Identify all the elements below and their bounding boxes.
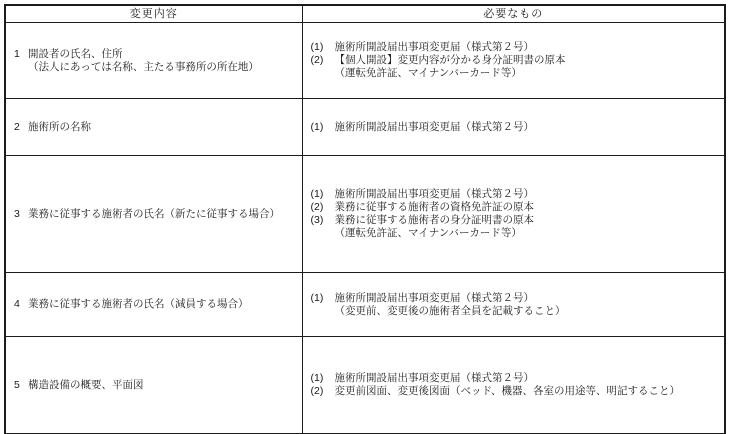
item-marker: (1): [311, 188, 335, 201]
item-text: 施術所開設届出事項変更届（様式第２号）: [335, 292, 721, 305]
item-marker: (1): [311, 292, 335, 305]
change-line: 開設者の氏名、住所: [28, 48, 298, 61]
required-cell: (1) 施術所開設届出事項変更届（様式第２号） (2) 【個人開設】変更内容が分…: [302, 23, 725, 99]
required-item: (2) 【個人開設】変更内容が分かる身分証明書の原本: [311, 54, 721, 67]
change-line: （法人にあっては名称、主たる事務所の所在地）: [28, 61, 298, 74]
change-cell: 5 構造設備の概要、平面図: [5, 337, 302, 434]
document-page: 変更内容 必要なもの 1 開設者の氏名、住所 （法人にあっては名称、主たる事務所…: [0, 0, 730, 434]
change-line: 施術所の名称: [28, 121, 298, 134]
row-number: 3: [14, 208, 28, 221]
required-item: (1) 施術所開設届出事項変更届（様式第２号）: [311, 188, 721, 201]
item-marker: (2): [311, 201, 335, 214]
table-row: 2 施術所の名称 (1) 施術所開設届出事項変更届（様式第２号）: [5, 99, 725, 156]
item-text: 【個人開設】変更内容が分かる身分証明書の原本: [335, 54, 721, 67]
change-requirements-table: 変更内容 必要なもの 1 開設者の氏名、住所 （法人にあっては名称、主たる事務所…: [4, 4, 726, 434]
row-number: 1: [14, 48, 28, 61]
table-header-row: 変更内容 必要なもの: [5, 5, 725, 23]
column-header-required: 必要なもの: [302, 5, 725, 23]
required-cell: (1) 施術所開設届出事項変更届（様式第２号）: [302, 99, 725, 156]
required-item-continuation: （運転免許証、マイナンバーカード等）: [311, 67, 721, 80]
item-text: （運転免許証、マイナンバーカード等）: [335, 67, 721, 80]
row-number: 4: [14, 298, 28, 311]
required-item: (1) 施術所開設届出事項変更届（様式第２号）: [311, 121, 721, 134]
change-cell: 1 開設者の氏名、住所 （法人にあっては名称、主たる事務所の所在地）: [5, 23, 302, 99]
item-text: 施術所開設届出事項変更届（様式第２号）: [335, 372, 721, 385]
change-cell: 2 施術所の名称: [5, 99, 302, 156]
item-marker: (1): [311, 121, 335, 134]
required-item: (2) 変更前図面、変更後図面（ベッド、機器、各室の用途等、明記すること）: [311, 385, 721, 398]
item-marker: (1): [311, 372, 335, 385]
item-marker: (2): [311, 54, 335, 67]
change-cell: 3 業務に従事する施術者の氏名（新たに従事する場合）: [5, 156, 302, 273]
row-number: 2: [14, 121, 28, 134]
item-text: 業務に従事する施術者の資格免許証の原本: [335, 201, 721, 214]
required-item: (3) 業務に従事する施術者の身分証明書の原本: [311, 214, 721, 227]
change-line: 構造設備の概要、平面図: [28, 379, 298, 392]
required-cell: (1) 施術所開設届出事項変更届（様式第２号） （変更前、変更後の施術者全員を記…: [302, 273, 725, 337]
row-number: 5: [14, 379, 28, 392]
item-text: 変更前図面、変更後図面（ベッド、機器、各室の用途等、明記すること）: [335, 385, 721, 398]
table-row: 1 開設者の氏名、住所 （法人にあっては名称、主たる事務所の所在地） (1) 施…: [5, 23, 725, 99]
required-item: (1) 施術所開設届出事項変更届（様式第２号）: [311, 372, 721, 385]
item-marker: (2): [311, 385, 335, 398]
item-text: 業務に従事する施術者の身分証明書の原本: [335, 214, 721, 227]
required-item: (1) 施術所開設届出事項変更届（様式第２号）: [311, 41, 721, 54]
required-item-continuation: （運転免許証、マイナンバーカード等）: [311, 227, 721, 240]
required-item: (1) 施術所開設届出事項変更届（様式第２号）: [311, 292, 721, 305]
required-item-continuation: （変更前、変更後の施術者全員を記載すること）: [311, 305, 721, 318]
required-item: (2) 業務に従事する施術者の資格免許証の原本: [311, 201, 721, 214]
column-header-change: 変更内容: [5, 5, 302, 23]
required-cell: (1) 施術所開設届出事項変更届（様式第２号） (2) 業務に従事する施術者の資…: [302, 156, 725, 273]
item-marker: (1): [311, 41, 335, 54]
item-marker: (3): [311, 214, 335, 227]
table-row: 5 構造設備の概要、平面図 (1) 施術所開設届出事項変更届（様式第２号） (: [5, 337, 725, 434]
table-row: 4 業務に従事する施術者の氏名（減員する場合） (1) 施術所開設届出事項変更届…: [5, 273, 725, 337]
item-text: 施術所開設届出事項変更届（様式第２号）: [335, 188, 721, 201]
change-line: 業務に従事する施術者の氏名（減員する場合）: [28, 298, 298, 311]
table-row: 3 業務に従事する施術者の氏名（新たに従事する場合） (1) 施術所開設届出事項…: [5, 156, 725, 273]
item-text: 施術所開設届出事項変更届（様式第２号）: [335, 121, 721, 134]
required-cell: (1) 施術所開設届出事項変更届（様式第２号） (2) 変更前図面、変更後図面（…: [302, 337, 725, 434]
item-text: 施術所開設届出事項変更届（様式第２号）: [335, 41, 721, 54]
item-text: （変更前、変更後の施術者全員を記載すること）: [335, 305, 721, 318]
change-cell: 4 業務に従事する施術者の氏名（減員する場合）: [5, 273, 302, 337]
item-text: （運転免許証、マイナンバーカード等）: [335, 227, 721, 240]
change-line: 業務に従事する施術者の氏名（新たに従事する場合）: [28, 208, 298, 221]
